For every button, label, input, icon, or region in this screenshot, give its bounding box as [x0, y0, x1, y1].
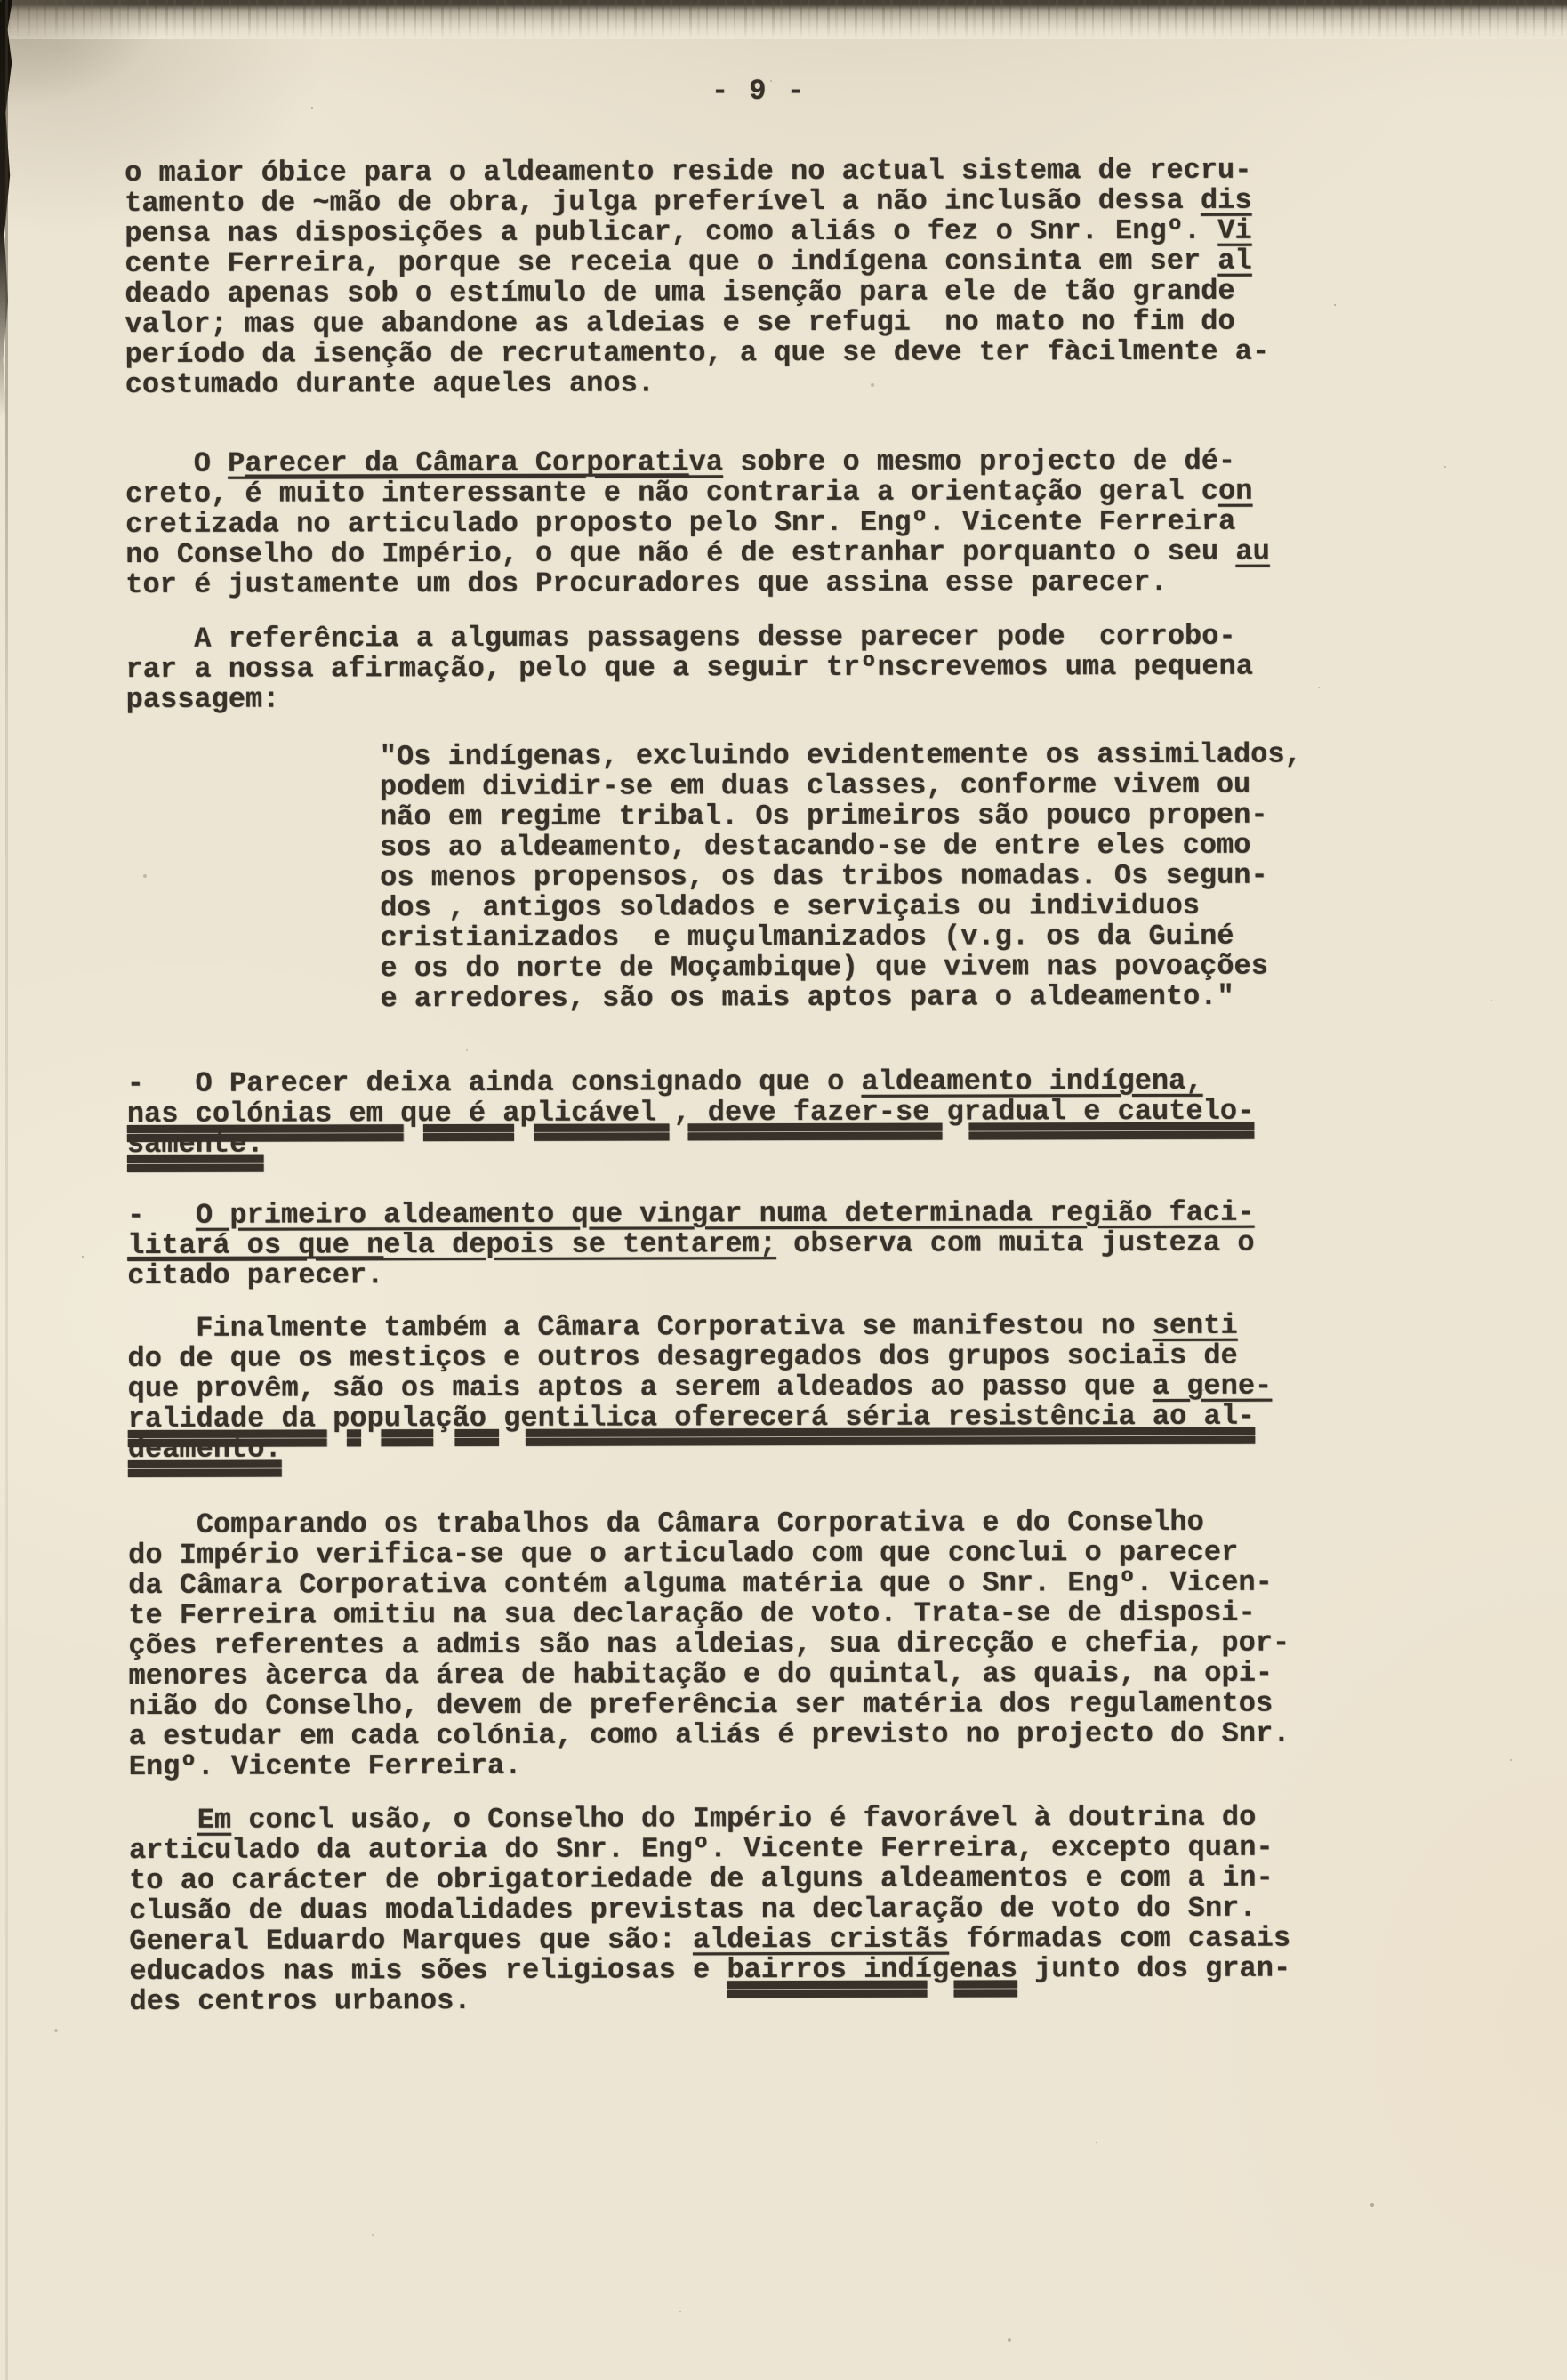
underlined-text-segment: Parecer da Câmara Corporativa — [228, 446, 723, 479]
text-segment: observa com muita justeza o — [776, 1226, 1255, 1260]
text-segment: - O Parecer deixa ainda consignado que o — [127, 1065, 862, 1100]
underlined-text-segment: deamento. — [128, 1433, 282, 1466]
text-segment: - — [127, 1199, 196, 1232]
underlined-text-segment: bairros indígenas — [727, 1952, 1017, 1986]
paragraph: - O Parecer deixa ainda consignado que o… — [127, 1065, 1443, 1160]
text-segment: junto dos gran- — [1017, 1952, 1290, 1986]
text-segment: fórmadas com casais — [949, 1922, 1290, 1956]
paragraph: o maior óbice para o aldeamento reside n… — [125, 155, 1442, 400]
text-segment: costumado durante aqueles anos. — [125, 366, 655, 401]
paper-specks — [0, 0, 2, 2]
text-segment: Engº. Vicente Ferreira. — [129, 1749, 522, 1783]
scan-left-edge-artifact — [0, 0, 12, 418]
paragraph: Em concl usão, o Conselho do Império é f… — [129, 1802, 1446, 2017]
underlined-text-segment: é muito interessante e não — [245, 476, 688, 510]
paragraph: Finalmente também a Câmara Corporativa s… — [127, 1310, 1443, 1465]
text-segment: educados nas mis sões religiosas e — [129, 1953, 727, 1988]
scan-top-edge-artifact — [0, 0, 1567, 39]
text-segment: rar a nossa afirmação, pelo que a seguir… — [125, 650, 1252, 686]
text-segment: des centros urbanos. — [129, 1984, 470, 2018]
underlined-text-segment: a gene- — [1153, 1370, 1273, 1403]
underlined-text-segment: dis — [1201, 184, 1252, 217]
scanned-document-page: { "page": { "number_label": "- 9 -" }, "… — [0, 0, 1567, 2380]
underlined-text-segment: al — [1217, 245, 1252, 277]
underlined-text-segment: samente. — [127, 1128, 264, 1161]
underlined-text-segment: ralidade da população gentilica oferecer… — [128, 1400, 1255, 1435]
underlined-text-segment: litará os que nela depois se tentarem; — [127, 1227, 776, 1262]
text-segment: General Eduardo Marques que são: — [129, 1923, 693, 1958]
page-number: - 9 - — [711, 75, 806, 108]
underlined-text-segment: Vi — [1217, 214, 1252, 247]
underlined-text-segment: on — [1218, 475, 1253, 508]
underlined-text-segment: aldeamento indígena, — [861, 1065, 1202, 1098]
paragraph: - O primeiro aldeamento que vingar numa … — [127, 1197, 1443, 1291]
text-segment: creto, — [125, 478, 245, 511]
quote-paragraph: "Os indígenas, excluindo evidentemente o… — [380, 739, 1443, 1014]
text-segment — [129, 1804, 197, 1837]
underlined-text-segment: nas colónias em que é aplicável , deve f… — [127, 1095, 1254, 1130]
paragraph: Comparando os trabalhos da Câmara Corpor… — [128, 1507, 1445, 1782]
text-segment: sobre o mesmo projecto de dé- — [723, 445, 1235, 479]
underlined-text-segment: aldeias cristãs — [693, 1923, 949, 1957]
scan-corner-shadow — [0, 0, 231, 160]
underlined-text-segment: senti — [1153, 1309, 1238, 1342]
document-body: o maior óbice para o aldeamento reside n… — [125, 155, 1445, 2017]
underlined-text-segment: Em — [197, 1804, 232, 1837]
text-segment: O — [125, 447, 228, 480]
underlined-text-segment: citado parecer. — [127, 1258, 383, 1292]
text-segment: passagem: — [126, 683, 280, 716]
underlined-text-segment: au — [1235, 535, 1270, 568]
paragraph: O Parecer da Câmara Corporativa sobre o … — [125, 446, 1442, 600]
text-segment: contraria a orientação geral c — [689, 475, 1218, 510]
text-segment: tor é justamente um dos Procuradores que… — [125, 566, 1167, 601]
paragraph: A referência a algumas passagens desse p… — [125, 621, 1442, 715]
text-segment: a estudar em cada colónia, como aliás é … — [129, 1717, 1290, 1753]
text-segment: período da isenção de recrutamento, a qu… — [125, 335, 1270, 371]
scan-left-crease — [5, 0, 8, 2380]
text-segment: e arredores, são os mais aptos para o al… — [380, 980, 1234, 1016]
